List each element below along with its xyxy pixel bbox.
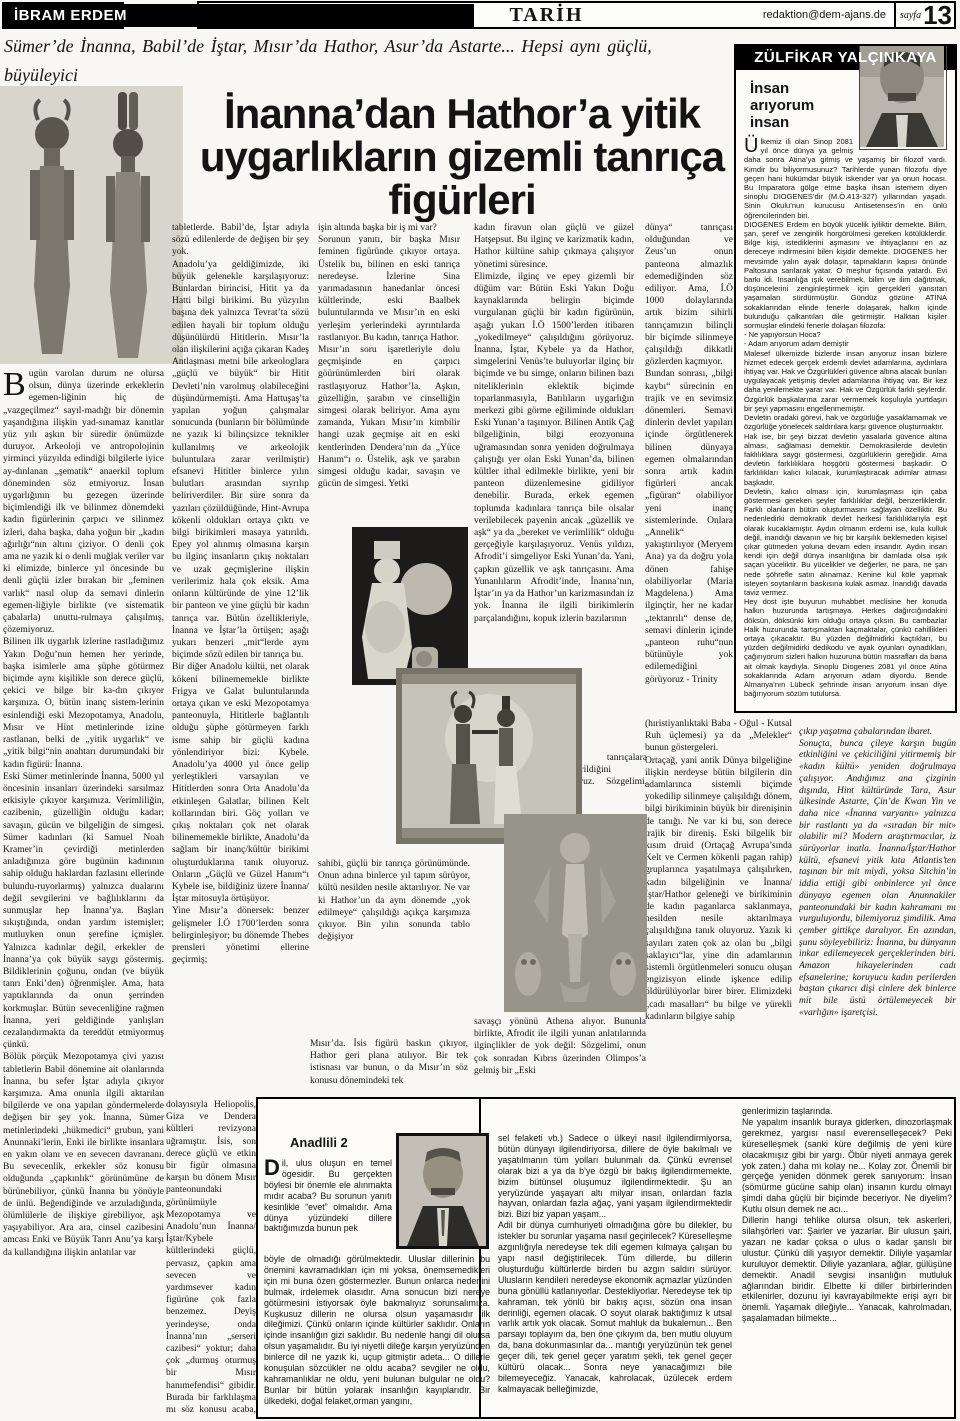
zulfikar-dialog-1: - Ne yapıyorsun Hoca? [744,330,947,339]
zulfikar-column-box: ZÜLFİKAR YALÇINKAYA İnsan arıyorum insan… [734,44,957,713]
zulfikar-article-title: İnsan arıyorum insan [750,80,870,131]
article-column-3-mid: sahibi, güçlü bir tanrıça görünümünde. O… [318,858,470,1034]
ibram-photo [396,1133,489,1249]
ibram-col2: sel felaketi vb.) Sadece o ülkeyi nasıl … [498,1133,732,1413]
redaction-email: redaktion@dem-ajans.de [716,9,886,21]
ibram-article-intro: Anadlili 2 Dil, ulus oluşun en temel öge… [264,1133,392,1251]
ibram-col1a-text: il, ulus oluşun en temel ögesidir. Bu ge… [264,1158,392,1233]
lede-line1: Sümer’de İnanna, Babil’de İştar, Mısır’d… [4,32,730,90]
article-column-3-end: Mısır’da. İsis figürü baskın çıkıyor, Ha… [310,1038,468,1094]
article-column-4-end: savaşçı yönünü Athena alıyor. Bununla bi… [474,1016,646,1096]
lede: Sümer’de İnanna, Babil’de İştar, Mısır’d… [4,32,730,92]
ibram-col1b: böyle de olmadığı görülmektedir. Uluslar… [264,1254,490,1412]
kybele-statue-photo [352,527,468,685]
egyptian-goddesses-photo [0,86,183,364]
zulfikar-dialog-2: - Adam arıyorum adam demiştir [744,339,947,348]
article-column-2: tabletlerde. Babil’de, İştar adıyla sözü… [172,222,309,1096]
article-column-2-continued: dolayısıyla Heliopolis, Giza ve Dendera … [166,1099,256,1417]
newspaper-page: { "header": { "logo": "DEM", "issue_line… [0,0,960,1421]
ibram-article-title: Anadlili 2 [290,1135,392,1150]
article-column-3: işin altında başka bir iş mi var? Sorunu… [318,222,460,525]
zulfikar-author-bar: ZÜLFİKAR YALÇINKAYA [736,46,955,70]
zulfikar-body-1-text: lkemiz ili olan Sinop 2081 yıl önce düny… [744,137,947,330]
ibram-col3: genlerimizin taşlarında. Ne yapalım insa… [742,1106,952,1412]
article-column-5: dünya“ tanrıçası olduğundan ve Zeus’un o… [645,222,733,714]
main-headline: İnanna’dan Hathor’a yitik uygarlıkların … [188,92,736,222]
dropcap-d: D [264,1158,282,1178]
article-column-5-continued: (hıristiyanlıktaki Baba - Oğul - Kutsal … [645,718,792,1096]
article-column-1: Bugün varolan durum ne olursa olsun, dün… [3,368,164,1416]
zulfikar-body-2: Malesef ülkemizde bizlerde insan arıyoru… [744,349,947,699]
zulfikar-body-1: Ülkemiz ili olan Sinop 2081 yıl önce dün… [744,137,947,330]
article-conclusion-column: çıkıp yaşatma çabalarından ibaret. Sonuç… [799,727,956,1097]
dropcap-b: B [3,368,29,400]
burney-relief-photo [504,814,647,1012]
page-indicator: sayfa 13 [894,3,954,27]
page-word: sayfa [900,10,921,21]
dropcap-u: Ü [744,137,760,155]
article-column-1-text: ugün varolan durum ne olursa olsun, düny… [3,369,164,1258]
page-number: 13 [923,1,952,29]
ibram-author-bar: İBRAM ERDEM [4,4,474,27]
